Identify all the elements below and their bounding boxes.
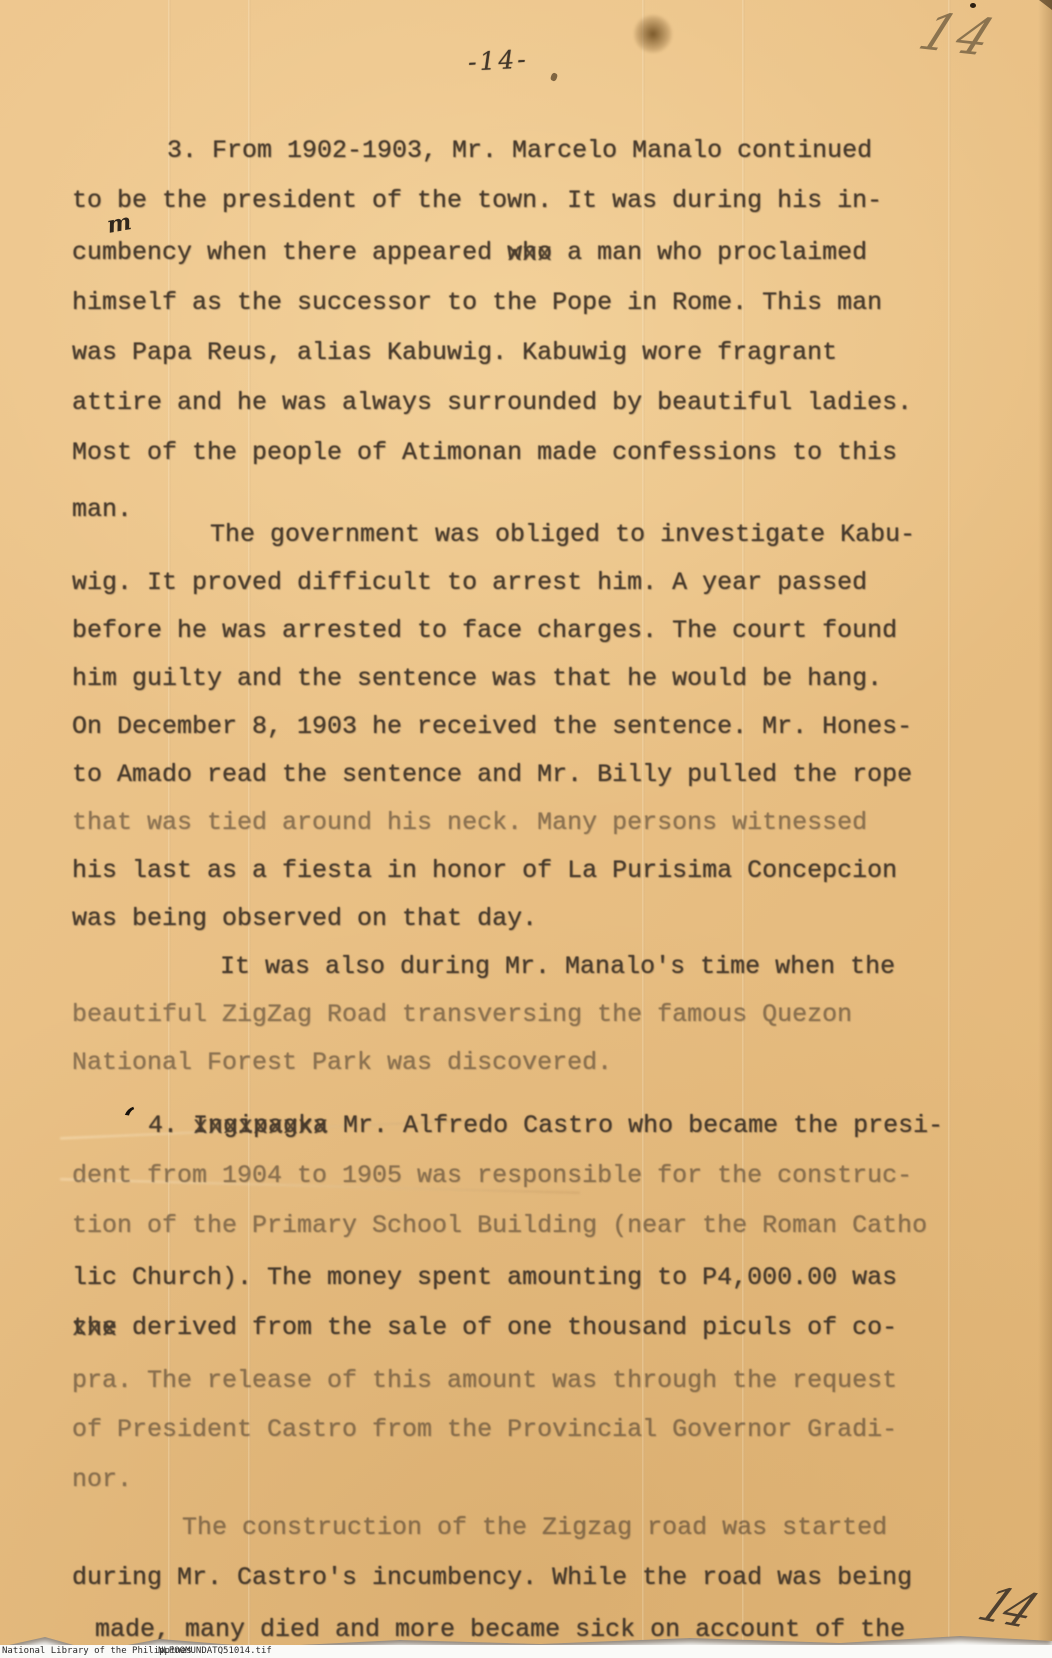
typed-line: beautiful ZigZag Road transversing the f…: [72, 1002, 852, 1027]
typed-line: National Forest Park was discovered.: [72, 1050, 612, 1075]
typed-line: made, many died and more became sick on …: [95, 1617, 905, 1642]
typed-line: lic Church). The money spent amounting t…: [72, 1265, 897, 1290]
typed-line: himself as the successor to the Pope in …: [72, 290, 882, 315]
typed-line: before he was arrested to face charges. …: [72, 618, 897, 643]
typed-line: was being observed on that day.: [72, 906, 537, 931]
typed-line: The government was obliged to investigat…: [210, 522, 915, 547]
typed-line: The construction of the Zigzag road was …: [182, 1515, 887, 1540]
scanned-page-wrap: -14- 14 14 m ʻ 3. From 1902-1903, Mr. Ma…: [0, 0, 1052, 1658]
typed-line: during Mr. Castro's incumbency. While th…: [72, 1565, 912, 1590]
typed-line: wig. It proved difficult to arrest him. …: [72, 570, 867, 595]
typed-line: On December 8, 1903 he received the sent…: [72, 714, 912, 739]
typed-line: 4. Ingipagkaxxxxxxxxx Mr. Alfredo Castro…: [148, 1113, 943, 1138]
scan-footer: National Library of the Philippines NLPO…: [0, 1645, 1052, 1658]
typed-line: It was also during Mr. Manalo's time whe…: [220, 954, 895, 979]
scan-filename: NLPOOMUNDATQ51014.tif: [158, 1646, 272, 1657]
struck-out-word: thexxx: [72, 1315, 117, 1340]
typed-text: 3. From 1902-1903, Mr. Marcelo Manalo co…: [0, 0, 1052, 1652]
typed-line: pra. The release of this amount was thro…: [72, 1368, 897, 1393]
struck-out-word: whoxxx: [507, 240, 552, 265]
typed-line: was Papa Reus, alias Kabuwig. Kabuwig wo…: [72, 340, 837, 365]
typed-line: 3. From 1902-1903, Mr. Marcelo Manalo co…: [167, 138, 872, 163]
typed-line: Most of the people of Atimonan made conf…: [72, 440, 897, 465]
typed-line: of President Castro from the Provincial …: [72, 1417, 897, 1442]
typed-line: to Amado read the sentence and Mr. Billy…: [72, 762, 912, 787]
typed-line: thexxx derived from the sale of one thou…: [72, 1315, 897, 1340]
typed-line: tion of the Primary School Building (nea…: [72, 1213, 927, 1238]
typed-line: his last as a fiesta in honor of La Puri…: [72, 858, 897, 883]
typed-line: attire and he was always surrounded by b…: [72, 390, 912, 415]
struck-out-word: Ingipagkaxxxxxxxxx: [193, 1113, 328, 1138]
typed-line: him guilty and the sentence was that he …: [72, 666, 882, 691]
typed-line: cumbency when there appeared whoxxx a ma…: [72, 240, 867, 265]
typed-line: dent from 1904 to 1905 was responsible f…: [72, 1163, 912, 1188]
typed-line: to be the president of the town. It was …: [72, 188, 882, 213]
typed-line: that was tied around his neck. Many pers…: [72, 810, 867, 835]
scanned-document-viewer: { "page": { "typed_page_number": "-14-",…: [0, 0, 1052, 1658]
scanned-page: -14- 14 14 m ʻ 3. From 1902-1903, Mr. Ma…: [0, 0, 1052, 1652]
typed-line: nor.: [72, 1467, 132, 1492]
typed-line: man.: [72, 497, 132, 522]
